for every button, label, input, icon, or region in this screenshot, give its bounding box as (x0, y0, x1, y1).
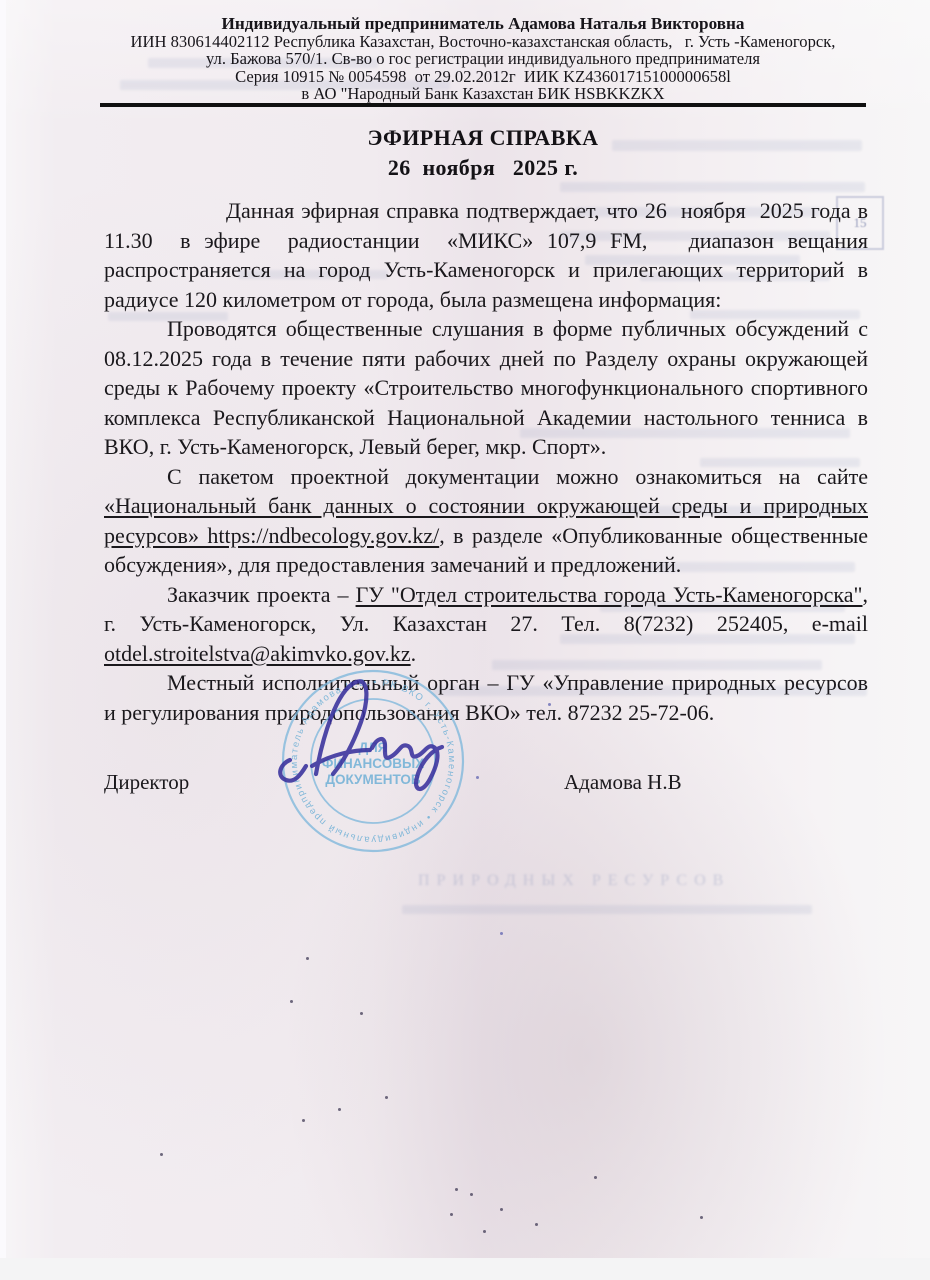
letterhead-iin-line: ИИН 830614402112 Республика Казахстан, В… (100, 33, 866, 51)
stamp-center-line3: ДОКУМЕНТОВ (325, 772, 421, 787)
letterhead-bank-line: в АО "Народный Банк Казахстан БИК HSBKKZ… (100, 85, 866, 103)
bleedthrough-text: ПРИРОДНЫХ РЕСУРСОВ (418, 872, 730, 890)
paragraph: Заказчик проекта – ГУ "Отдел строительст… (104, 580, 868, 669)
scanned-document-page: ПРИРОДНЫХ РЕСУРСОВ 15 Индивидуальный пре… (0, 0, 930, 1258)
document-title: ЭФИРНАЯ СПРАВКА (100, 125, 866, 151)
paragraph: С пакетом проектной документации можно о… (104, 462, 868, 580)
document-body: Данная эфирная справка подтверждает, что… (104, 196, 868, 727)
letterhead-address-line: ул. Бажова 570/1. Св-во о гос регистраци… (100, 50, 866, 68)
document-date: 26 ноября 2025 г. (100, 155, 866, 181)
letterhead-series-line: Серия 10915 № 0054598 от 29.02.2012г ИИК… (100, 68, 866, 86)
signatory-name: Адамова Н.В (564, 770, 682, 795)
paragraph: Проводятся общественные слушания в форме… (104, 314, 868, 462)
letterhead: Индивидуальный предприниматель Адамова Н… (100, 15, 866, 103)
paragraph: Местный исполнительный орган – ГУ «Управ… (104, 668, 868, 727)
paragraph: Данная эфирная справка подтверждает, что… (104, 196, 868, 314)
director-label: Директор (104, 770, 189, 794)
entrepreneur-name: Индивидуальный предприниматель Адамова Н… (100, 15, 866, 33)
header-divider (100, 103, 866, 107)
company-stamp: • РК ВКО г. Усть-Каменогорск • индивидуа… (276, 662, 472, 860)
signature-row: Директор Адамова Н.В (104, 770, 868, 800)
